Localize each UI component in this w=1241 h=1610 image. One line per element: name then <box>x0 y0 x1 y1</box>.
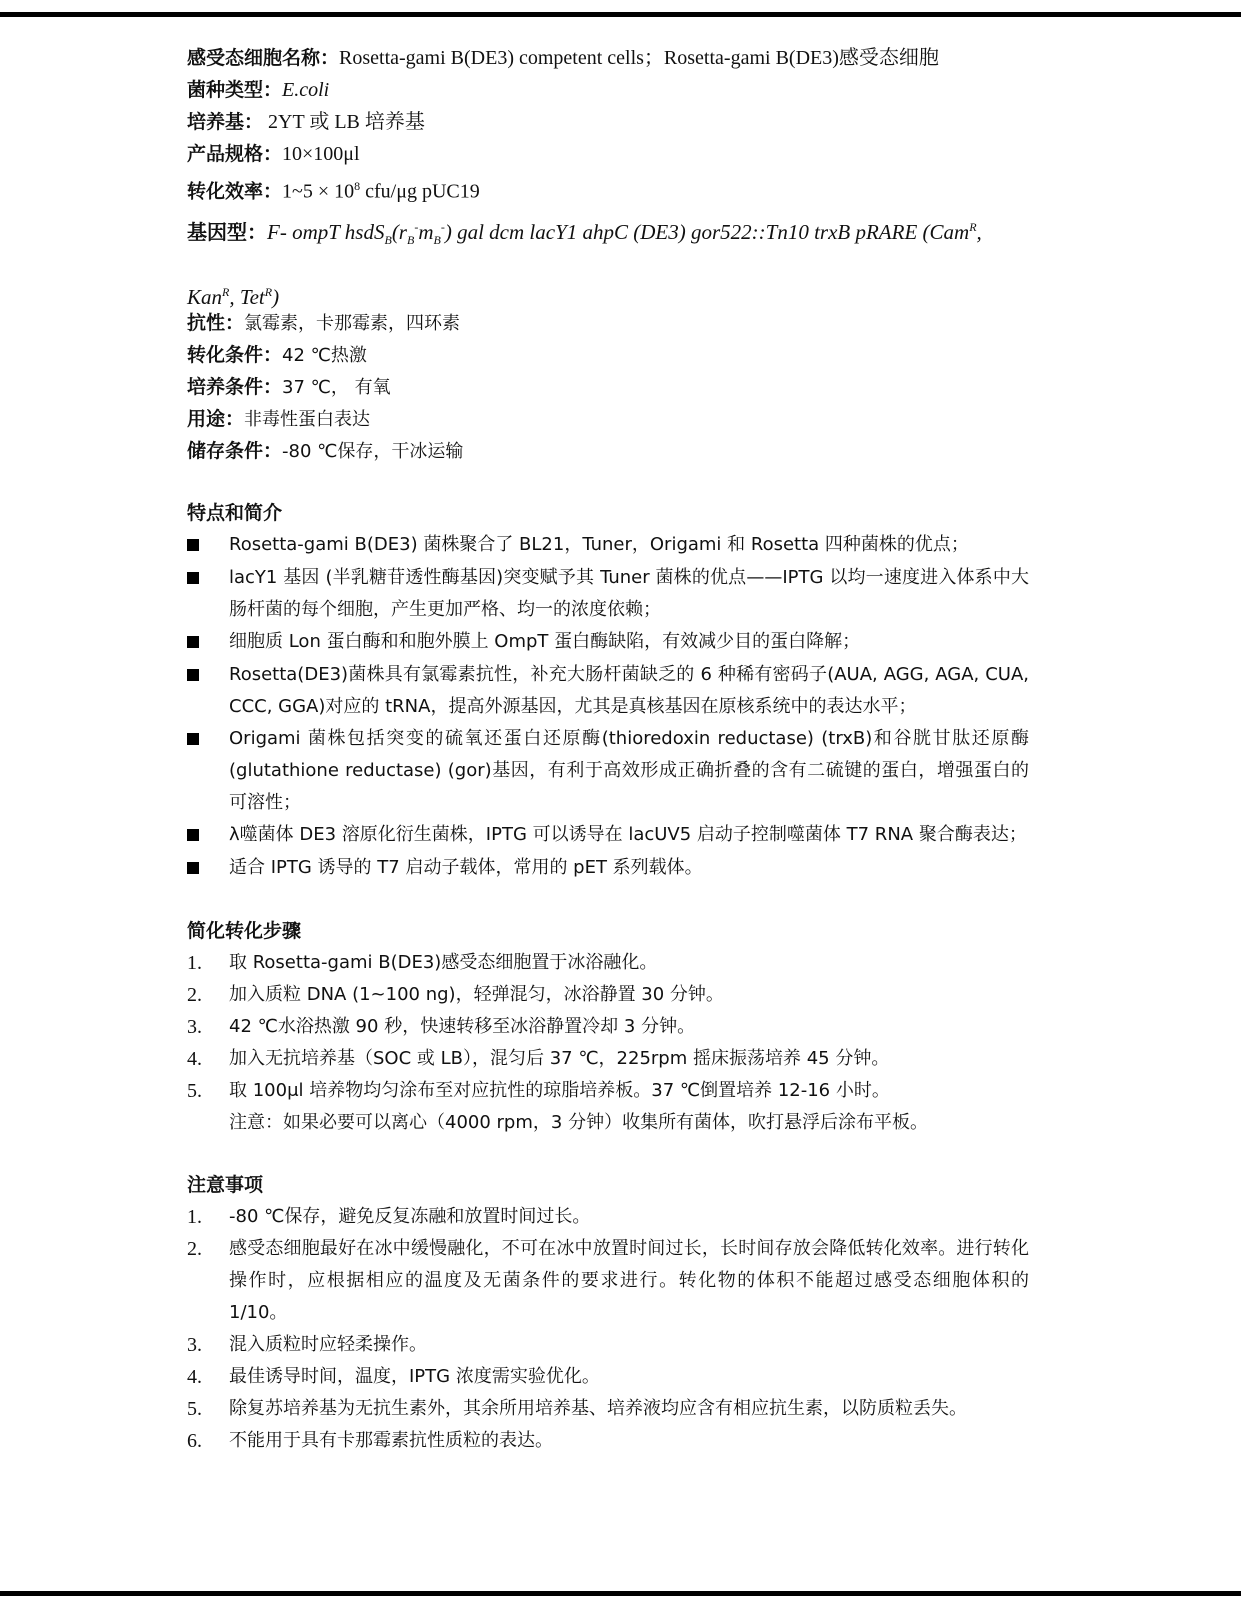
property-label: 感受态细胞名称： <box>187 47 339 69</box>
features-list: Rosetta-gami B(DE3) 菌株聚合了 BL21，Tuner，Ori… <box>187 529 1057 885</box>
property-label: 转化条件： <box>187 344 282 366</box>
top-rule <box>0 12 1241 17</box>
list-item-text: Rosetta(DE3)菌株具有氯霉素抗性，补充大肠杆菌缺乏的 6 种稀有密码子… <box>229 659 1029 723</box>
property-label: 抗性： <box>187 312 244 334</box>
list-item: Rosetta(DE3)菌株具有氯霉素抗性，补充大肠杆菌缺乏的 6 种稀有密码子… <box>187 659 1057 723</box>
property-resistance: 抗性：氯霉素，卡那霉素，四环素 <box>187 307 1057 339</box>
list-item: 细胞质 Lon 蛋白酶和和胞外膜上 OmpT 蛋白酶缺陷，有效减少目的蛋白降解； <box>187 626 1057 659</box>
property-value: 10×100μl <box>282 143 360 165</box>
bullet-icon <box>187 626 229 659</box>
property-medium: 培养基： 2YT 或 LB 培养基 <box>187 106 1057 138</box>
list-item-text: 适合 IPTG 诱导的 T7 启动子载体，常用的 pET 系列载体。 <box>229 852 1029 885</box>
precaution-number: 1. <box>187 1201 229 1233</box>
steps-note: 注意：如果必要可以离心（4000 rpm，3 分钟）收集所有菌体，吹打悬浮后涂布… <box>187 1107 1057 1139</box>
genotype-part: Kan <box>187 285 222 309</box>
property-cell-name: 感受态细胞名称：Rosetta-gami B(DE3) competent ce… <box>187 42 1057 74</box>
section-title-features: 特点和简介 <box>187 497 1057 529</box>
property-value: 37 ℃， 有氧 <box>282 377 391 398</box>
genotype-part: (r <box>392 220 407 244</box>
property-value: E.coli <box>282 79 329 101</box>
genotype-part: m <box>418 220 433 244</box>
step-item: 5.取 100μl 培养物均匀涂布至对应抗性的琼脂培养板。37 ℃倒置培养 12… <box>187 1075 1057 1107</box>
bullet-icon <box>187 562 229 626</box>
genotype-line-2: KanR, TetR) <box>187 277 1057 307</box>
property-value: 非毒性蛋白表达 <box>244 409 370 430</box>
precaution-item: 2.感受态细胞最好在冰中缓慢融化，不可在冰中放置时间过长，长时间存放会降低转化效… <box>187 1233 1057 1329</box>
property-storage: 储存条件：-80 ℃保存，干冰运输 <box>187 435 1057 467</box>
list-item-text: λ噬菌体 DE3 溶原化衍生菌株，IPTG 可以诱导在 lacUV5 启动子控制… <box>229 819 1029 852</box>
genotype-sub: B <box>384 233 391 247</box>
document-body: 感受态细胞名称：Rosetta-gami B(DE3) competent ce… <box>187 42 1057 1457</box>
step-number: 1. <box>187 947 229 979</box>
precaution-number: 6. <box>187 1425 229 1457</box>
genotype-label: 基因型： <box>187 220 267 244</box>
bullet-icon <box>187 723 229 819</box>
precaution-number: 4. <box>187 1361 229 1393</box>
step-text: 取 Rosetta-gami B(DE3)感受态细胞置于冰浴融化。 <box>229 947 1029 979</box>
step-number: 5. <box>187 1075 229 1107</box>
list-item: 适合 IPTG 诱导的 T7 启动子载体，常用的 pET 系列载体。 <box>187 852 1057 885</box>
list-item-text: 细胞质 Lon 蛋白酶和和胞外膜上 OmpT 蛋白酶缺陷，有效减少目的蛋白降解； <box>229 626 1029 659</box>
property-label: 菌种类型： <box>187 79 282 101</box>
genotype-part: , Tet <box>229 285 264 309</box>
step-text: 42 ℃水浴热激 90 秒，快速转移至冰浴静置冷却 3 分钟。 <box>229 1011 1029 1043</box>
genotype-part: ) <box>272 285 279 309</box>
bullet-icon <box>187 529 229 562</box>
precaution-text: 除复苏培养基为无抗生素外，其余所用培养基、培养液均应含有相应抗生素，以防质粒丢失… <box>229 1393 1029 1425</box>
property-value: 2YT 或 LB 培养基 <box>263 111 425 133</box>
precaution-item: 6.不能用于具有卡那霉素抗性质粒的表达。 <box>187 1425 1057 1457</box>
list-item: lacY1 基因 (半乳糖苷透性酶基因)突变赋予其 Tuner 菌株的优点——I… <box>187 562 1057 626</box>
bottom-rule <box>0 1591 1241 1596</box>
property-label: 产品规格： <box>187 143 282 165</box>
precautions-list: 1.-80 ℃保存，避免反复冻融和放置时间过长。 2.感受态细胞最好在冰中缓慢融… <box>187 1201 1057 1457</box>
property-value: 42 ℃热激 <box>282 345 367 366</box>
property-value: 氯霉素，卡那霉素，四环素 <box>244 313 460 334</box>
property-culture-condition: 培养条件：37 ℃， 有氧 <box>187 371 1057 403</box>
step-number: 4. <box>187 1043 229 1075</box>
precaution-text: 感受态细胞最好在冰中缓慢融化，不可在冰中放置时间过长，长时间存放会降低转化效率。… <box>229 1233 1029 1329</box>
list-item: λ噬菌体 DE3 溶原化衍生菌株，IPTG 可以诱导在 lacUV5 启动子控制… <box>187 819 1057 852</box>
step-item: 1.取 Rosetta-gami B(DE3)感受态细胞置于冰浴融化。 <box>187 947 1057 979</box>
list-item: Rosetta-gami B(DE3) 菌株聚合了 BL21，Tuner，Ori… <box>187 529 1057 562</box>
list-item-text: lacY1 基因 (半乳糖苷透性酶基因)突变赋予其 Tuner 菌株的优点——I… <box>229 562 1029 626</box>
genotype-line: 基因型：F- ompT hsdSB(rB-mB-) gal dcm lacY1 … <box>187 210 1057 257</box>
property-label: 培养条件： <box>187 376 282 398</box>
property-value-suffix: cfu/μg pUC19 <box>360 181 480 203</box>
steps-list: 1.取 Rosetta-gami B(DE3)感受态细胞置于冰浴融化。 2.加入… <box>187 947 1057 1107</box>
precaution-item: 5.除复苏培养基为无抗生素外，其余所用培养基、培养液均应含有相应抗生素，以防质粒… <box>187 1393 1057 1425</box>
property-usage: 用途：非毒性蛋白表达 <box>187 403 1057 435</box>
step-number: 3. <box>187 1011 229 1043</box>
precaution-number: 2. <box>187 1233 229 1329</box>
list-item: Origami 菌株包括突变的硫氧还蛋白还原酶(thioredoxin redu… <box>187 723 1057 819</box>
step-text: 取 100μl 培养物均匀涂布至对应抗性的琼脂培养板。37 ℃倒置培养 12-1… <box>229 1075 1029 1107</box>
property-value: Rosetta-gami B(DE3) competent cells；Rose… <box>339 47 939 69</box>
precaution-text: -80 ℃保存，避免反复冻融和放置时间过长。 <box>229 1201 1029 1233</box>
property-label: 培养基： <box>187 111 263 133</box>
bullet-icon <box>187 659 229 723</box>
property-label: 储存条件： <box>187 440 282 462</box>
property-value: -80 ℃保存，干冰运输 <box>282 441 463 462</box>
step-item: 3.42 ℃水浴热激 90 秒，快速转移至冰浴静置冷却 3 分钟。 <box>187 1011 1057 1043</box>
precaution-item: 4.最佳诱导时间，温度，IPTG 浓度需实验优化。 <box>187 1361 1057 1393</box>
genotype-sub: B <box>407 233 414 247</box>
section-title-precautions: 注意事项 <box>187 1169 1057 1201</box>
list-item-text: Origami 菌株包括突变的硫氧还蛋白还原酶(thioredoxin redu… <box>229 723 1029 819</box>
genotype-sup: R <box>969 220 976 234</box>
precaution-number: 3. <box>187 1329 229 1361</box>
bullet-icon <box>187 852 229 885</box>
precaution-number: 5. <box>187 1393 229 1425</box>
precaution-item: 3.混入质粒时应轻柔操作。 <box>187 1329 1057 1361</box>
genotype-part: ) gal dcm lacY1 ahpC (DE3) gor522::Tn10 … <box>445 220 969 244</box>
precaution-text: 不能用于具有卡那霉素抗性质粒的表达。 <box>229 1425 1029 1457</box>
property-transform-condition: 转化条件：42 ℃热激 <box>187 339 1057 371</box>
step-item: 4.加入无抗培养基（SOC 或 LB），混匀后 37 ℃，225rpm 摇床振荡… <box>187 1043 1057 1075</box>
property-value-prefix: 1~5 × 10 <box>282 181 354 203</box>
step-item: 2.加入质粒 DNA (1~100 ng)，轻弹混匀，冰浴静置 30 分钟。 <box>187 979 1057 1011</box>
genotype-part: , <box>977 220 982 244</box>
genotype-part: F- ompT hsdS <box>267 220 384 244</box>
list-item-text: Rosetta-gami B(DE3) 菌株聚合了 BL21，Tuner，Ori… <box>229 529 1029 562</box>
genotype-text: F- ompT hsdSB(rB-mB-) gal dcm lacY1 ahpC… <box>267 220 982 244</box>
property-label: 用途： <box>187 408 244 430</box>
section-title-steps: 简化转化步骤 <box>187 915 1057 947</box>
step-number: 2. <box>187 979 229 1011</box>
property-spec: 产品规格：10×100μl <box>187 138 1057 170</box>
step-text: 加入质粒 DNA (1~100 ng)，轻弹混匀，冰浴静置 30 分钟。 <box>229 979 1029 1011</box>
property-label: 转化效率： <box>187 181 282 203</box>
property-strain-type: 菌种类型：E.coli <box>187 74 1057 106</box>
precaution-text: 最佳诱导时间，温度，IPTG 浓度需实验优化。 <box>229 1361 1029 1393</box>
bullet-icon <box>187 819 229 852</box>
precaution-text: 混入质粒时应轻柔操作。 <box>229 1329 1029 1361</box>
genotype-sub: B <box>434 233 441 247</box>
step-text: 加入无抗培养基（SOC 或 LB），混匀后 37 ℃，225rpm 摇床振荡培养… <box>229 1043 1029 1075</box>
precaution-item: 1.-80 ℃保存，避免反复冻融和放置时间过长。 <box>187 1201 1057 1233</box>
property-efficiency: 转化效率：1~5 × 108 cfu/μg pUC19 <box>187 170 1057 202</box>
